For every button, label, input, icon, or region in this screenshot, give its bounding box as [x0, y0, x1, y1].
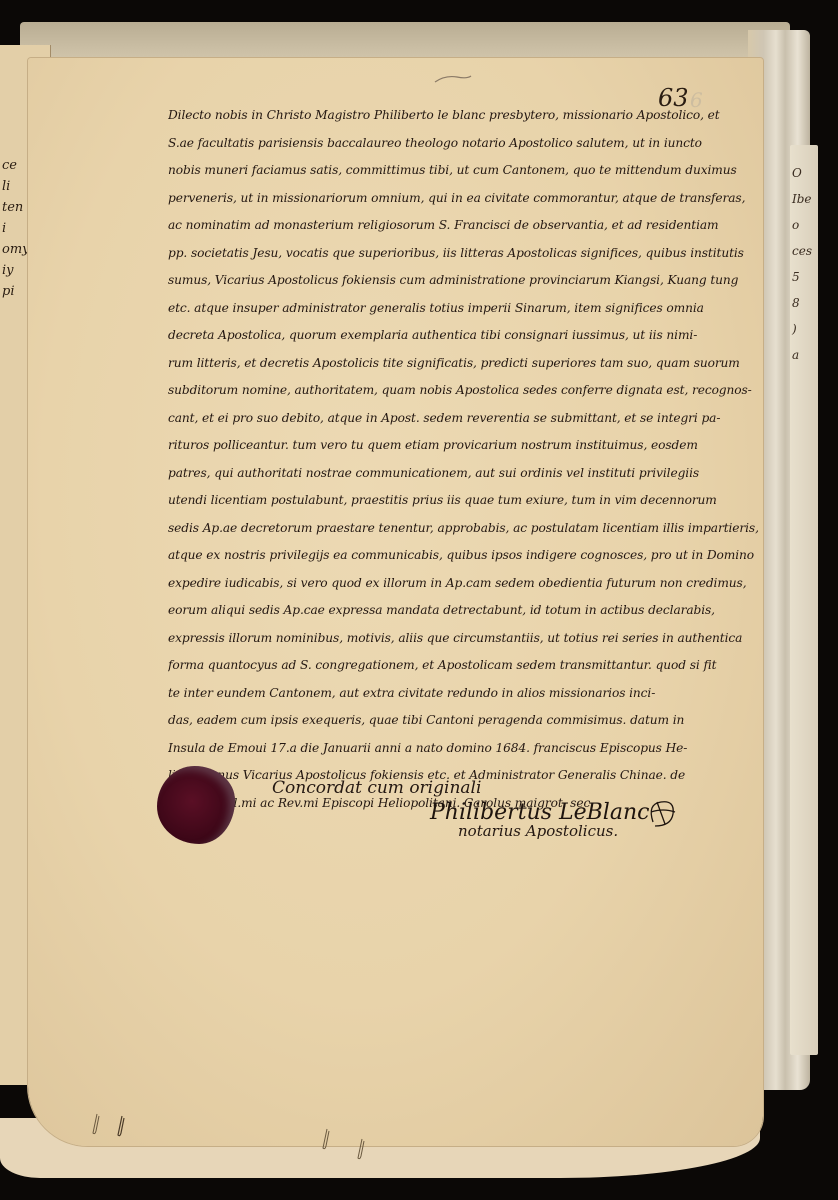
pin-icon [357, 1138, 365, 1160]
notary-title: notarius Apostolicus. [458, 822, 618, 840]
pin-icon [322, 1128, 330, 1150]
manuscript-line: S.ae facultatis parisiensis baccalaureo … [168, 130, 758, 158]
manuscript-line: etc. atque insuper administrator general… [168, 295, 758, 323]
manuscript-line: rituros polliceantur. tum vero tu quem e… [168, 432, 758, 460]
pin-icon [92, 1113, 100, 1135]
manuscript-line: das, eadem cum ipsis exequeris, quae tib… [168, 707, 758, 735]
right-tab-annotations: O Ibe o ces 5 8 ) a [792, 160, 818, 368]
manuscript-line: utendi licentiam postulabunt, praestitis… [168, 487, 758, 515]
manuscript-scan: O Ibe o ces 5 8 ) a ce li ten i omy. iy … [0, 0, 838, 1200]
manuscript-line: Dilecto nobis in Christo Magistro Philib… [168, 102, 758, 130]
manuscript-line: nobis muneri faciamus satis, committimus… [168, 157, 758, 185]
manuscript-line: sedis Ap.ae decretorum praestare tenentu… [168, 515, 758, 543]
letter-body: Dilecto nobis in Christo Magistro Philib… [168, 102, 758, 817]
manuscript-line: te inter eundem Cantonem, aut extra civi… [168, 680, 758, 708]
manuscript-line: patres, qui authoritati nostrae communic… [168, 460, 758, 488]
manuscript-line: sumus, Vicarius Apostolicus fokiensis cu… [168, 267, 758, 295]
manuscript-line: subditorum nomine, authoritatem, quam no… [168, 377, 758, 405]
manuscript-line: pp. societatis Jesu, vocatis que superio… [168, 240, 758, 268]
signature-flourish-icon [645, 796, 679, 830]
manuscript-line: cant, et ei pro suo debito, atque in Apo… [168, 405, 758, 433]
manuscript-line: forma quantocyus ad S. congregationem, e… [168, 652, 758, 680]
manuscript-line: decreta Apostolica, quorum exemplaria au… [168, 322, 758, 350]
manuscript-line: atque ex nostris privilegijs ea communic… [168, 542, 758, 570]
manuscript-line: perveneris, ut in missionariorum omnium,… [168, 185, 758, 213]
pin-icon [117, 1115, 125, 1137]
wax-seal-icon [157, 766, 235, 844]
attestation-text: Concordat cum originali [272, 778, 481, 798]
manuscript-line: rum litteris, et decretis Apostolicis ti… [168, 350, 758, 378]
pen-mark-icon [433, 74, 473, 84]
manuscript-line: ac nominatim ad monasterium religiosorum… [168, 212, 758, 240]
manuscript-line: expressis illorum nominibus, motivis, al… [168, 625, 758, 653]
manuscript-line: eorum aliqui sedis Ap.cae expressa manda… [168, 597, 758, 625]
manuscript-line: Insula de Emoui 17.a die Januarii anni a… [168, 735, 758, 763]
manuscript-line: expedire iudicabis, si vero quod ex illo… [168, 570, 758, 598]
